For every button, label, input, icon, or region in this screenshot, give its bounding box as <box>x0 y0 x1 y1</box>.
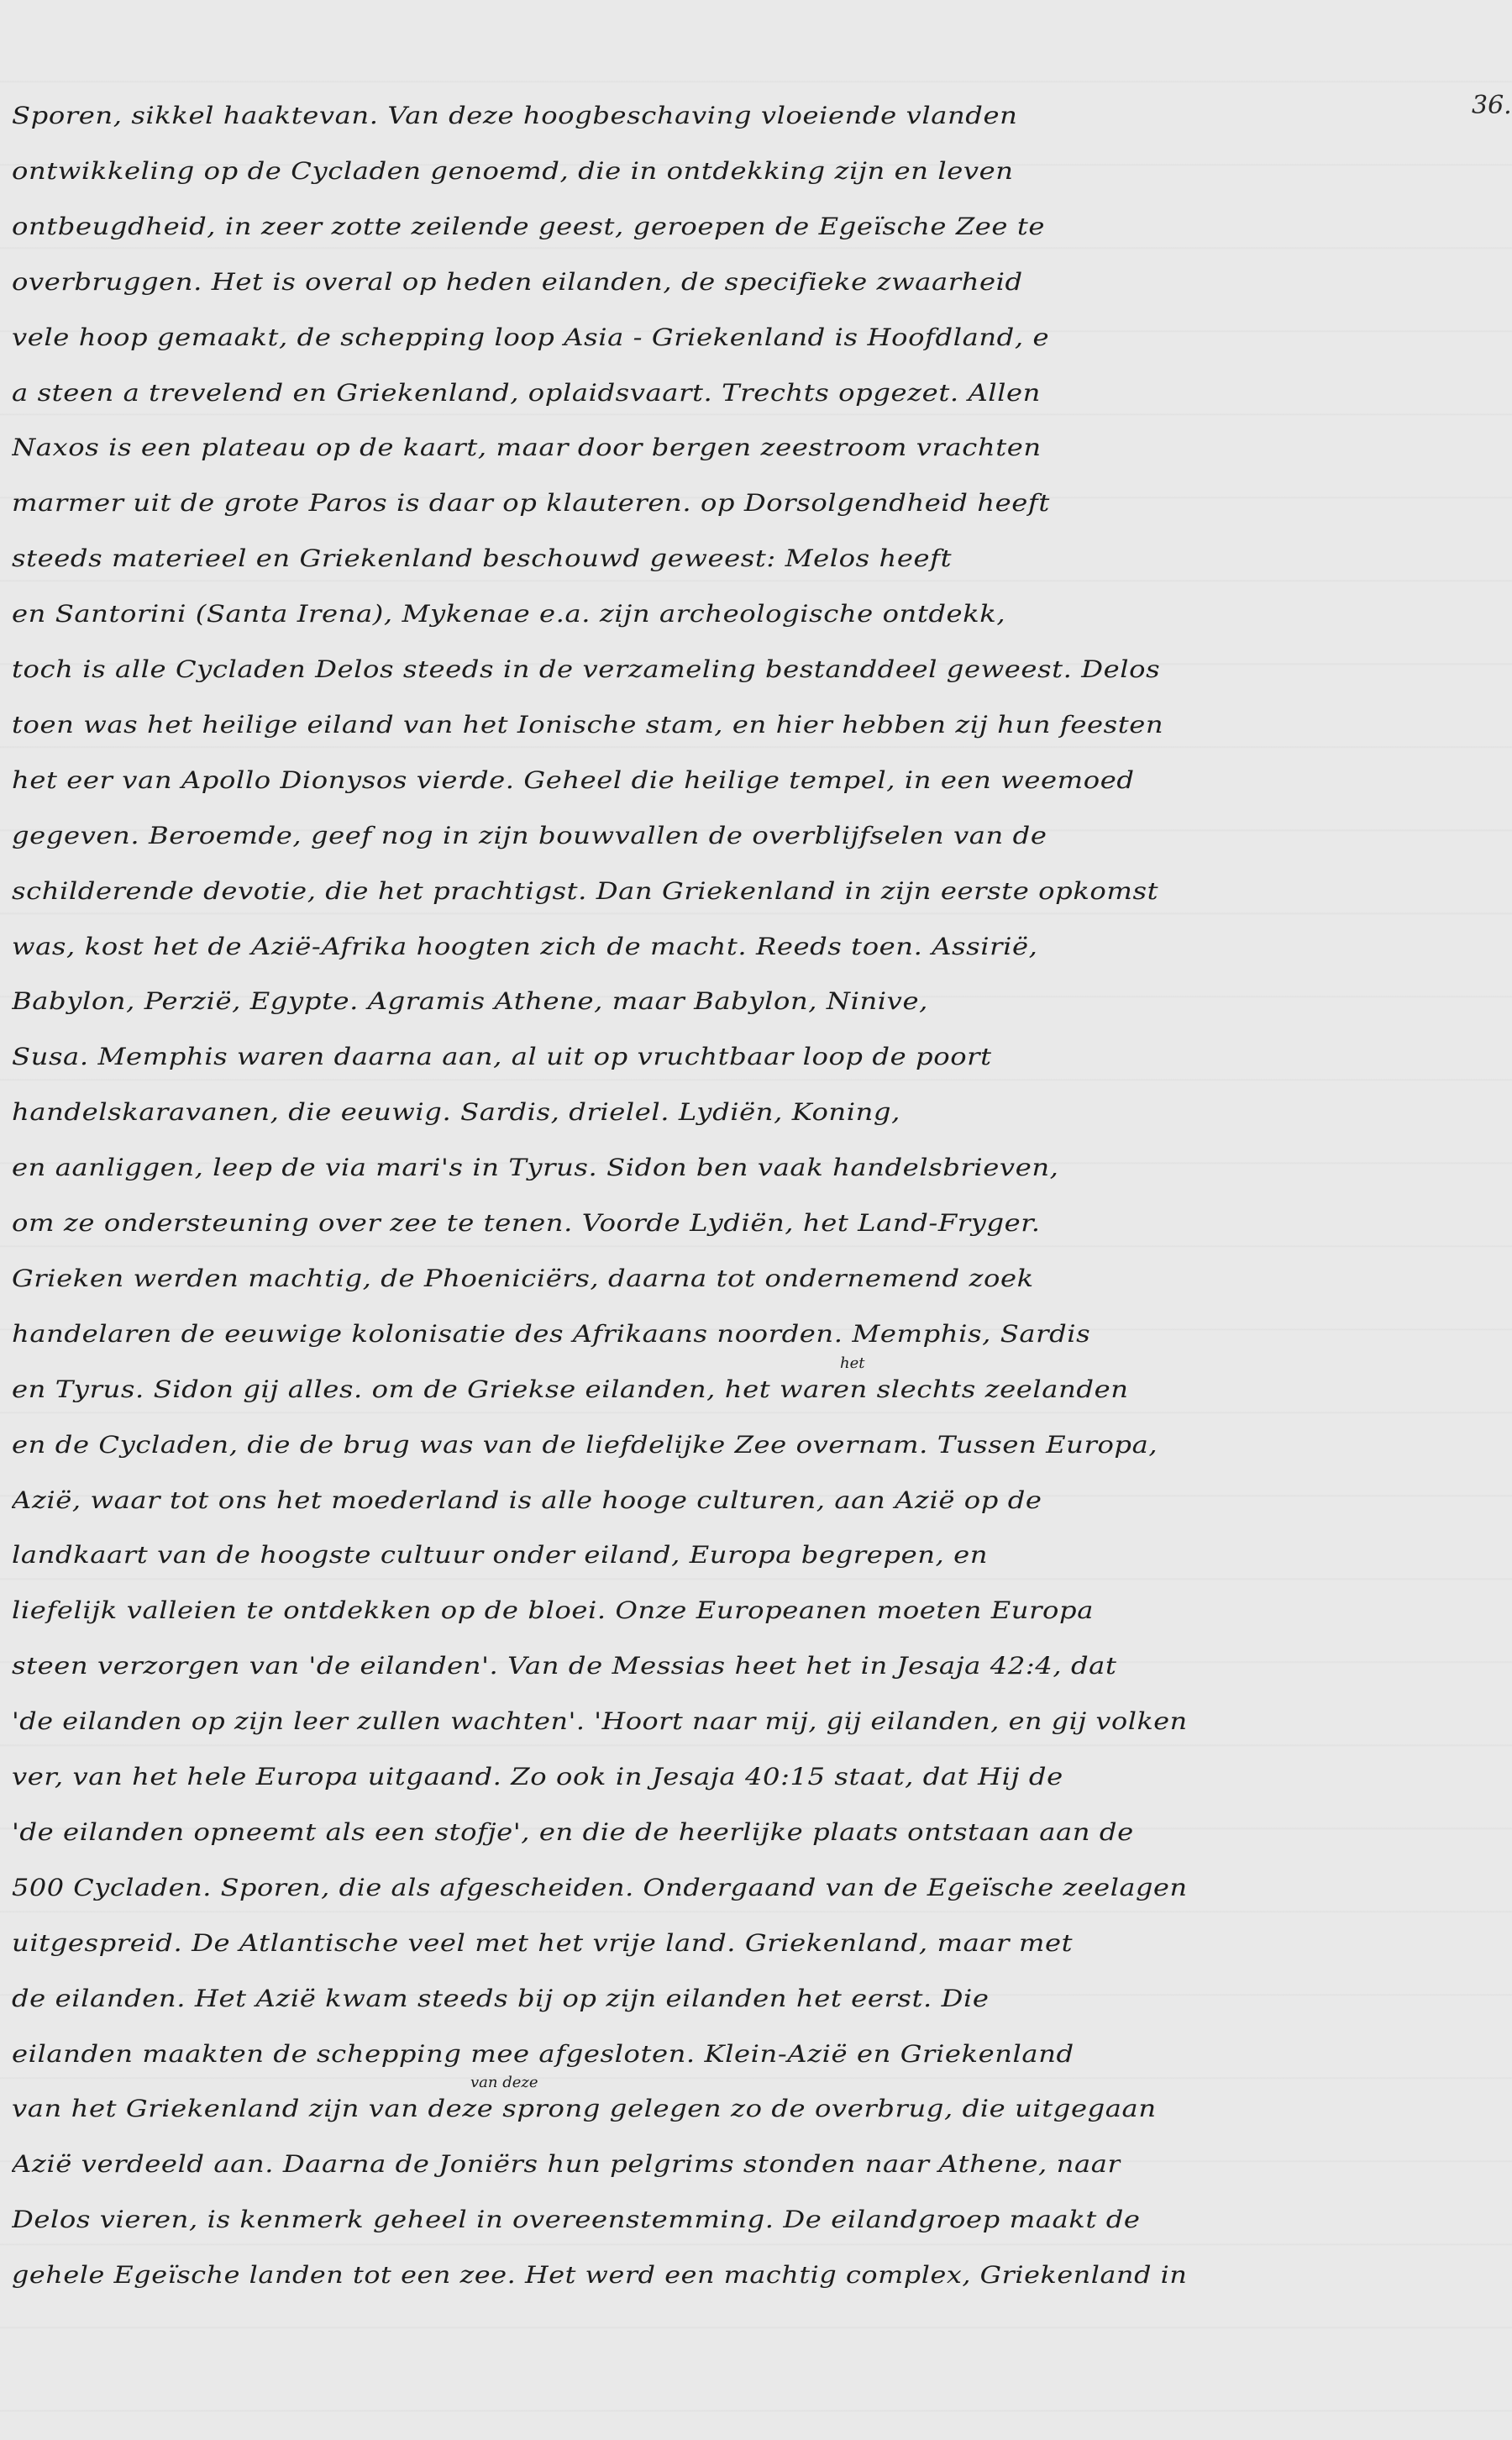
manuscript-line: de eilanden. Het Azië kwam steeds bij op… <box>12 1975 990 2022</box>
manuscript-line: en de Cycladen, die de brug was van de l… <box>12 1422 1158 1469</box>
manuscript-line: Naxos is een plateau op de kaart, maar d… <box>12 424 1042 471</box>
manuscript-line: steen verzorgen van 'de eilanden'. Van d… <box>12 1643 1117 1690</box>
manuscript-line: steeds materieel en Griekenland beschouw… <box>12 535 952 582</box>
manuscript-line: Azië verdeeld aan. Daarna de Joniërs hun… <box>12 2141 1121 2188</box>
manuscript-line: en aanliggen, leep de via mari's in Tyru… <box>12 1144 1059 1191</box>
manuscript-line: 'de eilanden op zijn leer zullen wachten… <box>12 1698 1188 1745</box>
manuscript-line: handelaren de eeuwige kolonisatie des Af… <box>12 1311 1091 1358</box>
manuscript-line: gehele Egeïsche landen tot een zee. Het … <box>12 2252 1188 2299</box>
manuscript-line: toen was het heilige eiland van het Ioni… <box>12 702 1163 749</box>
manuscript-line: overbruggen. Het is overal op heden eila… <box>12 259 1023 306</box>
manuscript-line: 500 Cycladen. Sporen, die als afgescheid… <box>12 1864 1188 1912</box>
manuscript-line: Azië, waar tot ons het moederland is all… <box>12 1477 1042 1524</box>
manuscript-line: van het Griekenland zijn van deze sprong… <box>12 2085 1157 2132</box>
manuscript-line: Sporen, sikkel haaktevan. Van deze hoogb… <box>12 92 1017 139</box>
manuscript-line: en Santorini (Santa Irena), Mykenae e.a.… <box>12 591 1005 638</box>
manuscript-line: eilanden maakten de schepping mee afgesl… <box>12 2031 1074 2078</box>
manuscript-line: ontwikkeling op de Cycladen genoemd, die… <box>12 148 1014 195</box>
manuscript-line: en Tyrus. Sidon gij alles. om de Griekse… <box>12 1366 1128 1413</box>
manuscript-line: Delos vieren, is kenmerk geheel in overe… <box>12 2196 1140 2243</box>
manuscript-page: 36. Sporen, sikkel haaktevan. Van deze h… <box>0 0 1512 2440</box>
manuscript-line: ver, van het hele Europa uitgaand. Zo oo… <box>12 1754 1063 1801</box>
manuscript-line: om ze ondersteuning over zee te tenen. V… <box>12 1200 1041 1247</box>
page-number: 36. <box>1472 91 1512 120</box>
manuscript-line: Susa. Memphis waren daarna aan, al uit o… <box>12 1033 991 1081</box>
interlinear-insertion: van deze <box>470 2074 538 2091</box>
manuscript-line: Babylon, Perzië, Egypte. Agramis Athene,… <box>12 978 928 1025</box>
manuscript-line: 'de eilanden opneemt als een stofje', en… <box>12 1809 1134 1856</box>
manuscript-line: het eer van Apollo Dionysos vierde. Gehe… <box>12 757 1134 804</box>
manuscript-line: a steen a trevelend en Griekenland, opla… <box>12 370 1041 417</box>
manuscript-line: vele hoop gemaakt, de schepping loop Asi… <box>12 314 1049 361</box>
manuscript-line: marmer uit de grote Paros is daar op kla… <box>12 480 1050 527</box>
manuscript-line: landkaart van de hoogste cultuur onder e… <box>12 1532 989 1579</box>
manuscript-line: toch is alle Cycladen Delos steeds in de… <box>12 646 1160 693</box>
manuscript-line: gegeven. Beroemde, geef nog in zijn bouw… <box>12 812 1047 860</box>
interlinear-insertion: het <box>840 1354 864 1372</box>
manuscript-line: uitgespreid. De Atlantische veel met het… <box>12 1920 1073 1967</box>
manuscript-line: schilderende devotie, die het prachtigst… <box>12 868 1158 915</box>
manuscript-line: Grieken werden machtig, de Phoeniciërs, … <box>12 1255 1034 1302</box>
manuscript-line: was, kost het de Azië-Afrika hoogten zic… <box>12 923 1037 970</box>
manuscript-line: ontbeugdheid, in zeer zotte zeilende gee… <box>12 203 1046 250</box>
manuscript-line: handelskaravanen, die eeuwig. Sardis, dr… <box>12 1089 900 1136</box>
manuscript-line: liefelijk valleien te ontdekken op de bl… <box>12 1587 1094 1634</box>
